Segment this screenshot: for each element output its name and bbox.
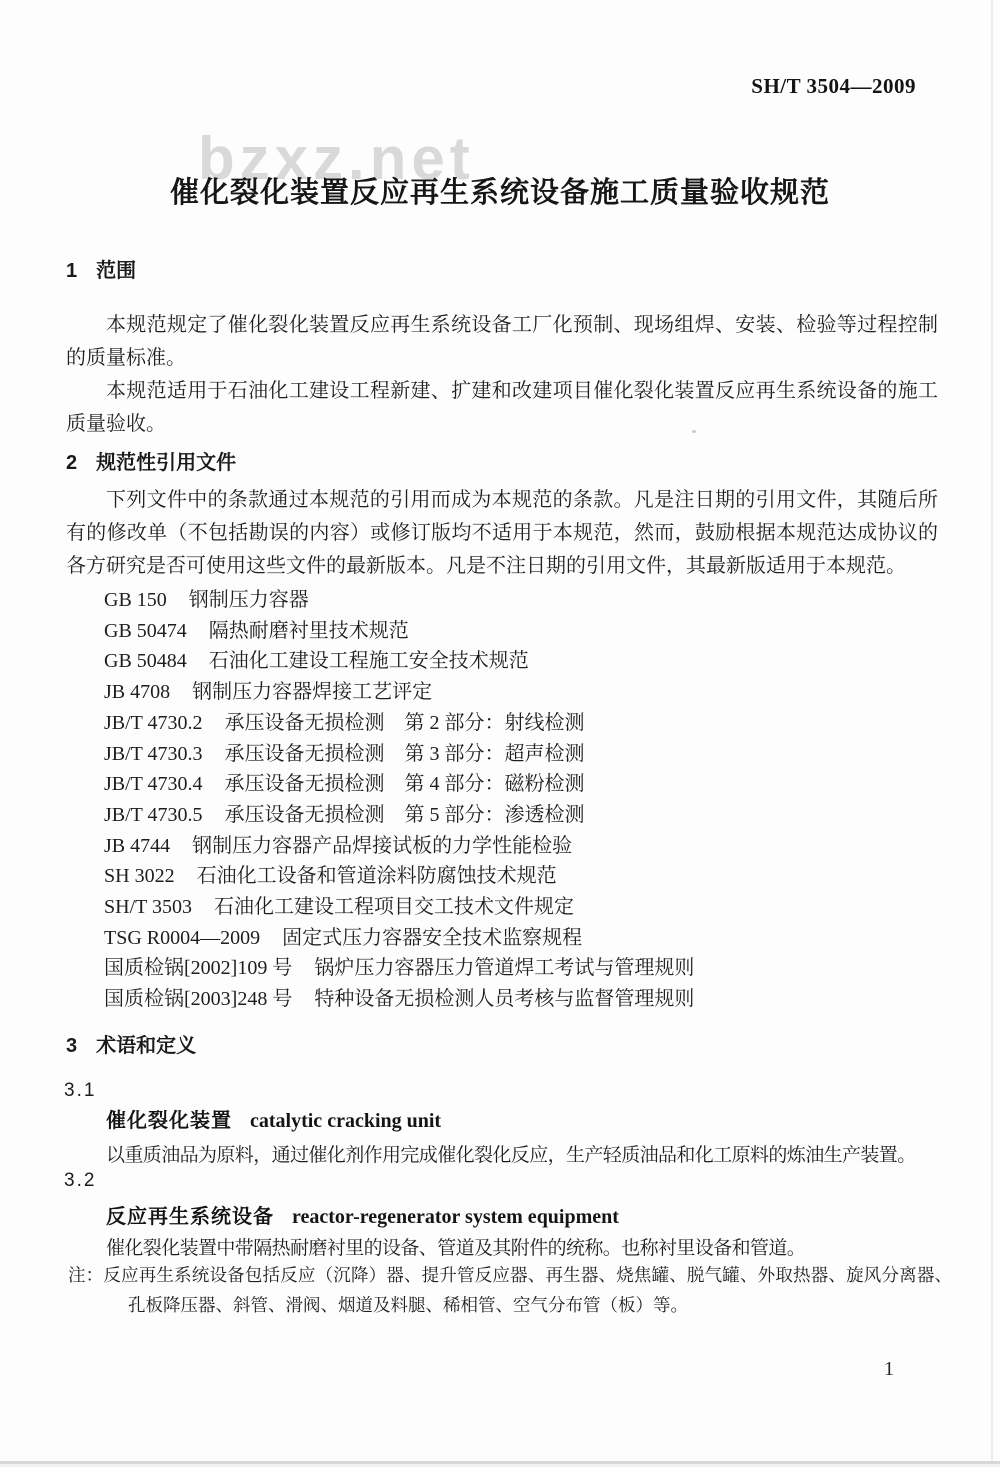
reference-item: JB 4708钢制压力容器焊接工艺评定 — [104, 677, 694, 708]
reference-item: GB 50484石油化工建设工程施工安全技术规范 — [104, 646, 694, 677]
reference-code: JB/T 4730.2 — [104, 712, 203, 734]
reference-code: JB/T 4730.5 — [104, 804, 203, 826]
reference-code: GB 150 — [104, 589, 167, 611]
section-3-number: 3 — [66, 1034, 77, 1058]
term-3-1-english: catalytic cracking unit — [250, 1110, 441, 1132]
reference-item: JB 4744钢制压力容器产品焊接试板的力学性能检验 — [104, 831, 694, 862]
reference-title: 承压设备无损检测 第 4 部分：磁粉检测 — [225, 773, 585, 795]
reference-code: JB 4708 — [104, 681, 170, 703]
reference-title: 承压设备无损检测 第 3 部分：超声检测 — [225, 743, 585, 765]
section-1-heading: 1范围 — [66, 259, 136, 283]
term-3-2-english: reactor-regenerator system equipment — [292, 1206, 619, 1228]
reference-item: 国质检锅[2002]109 号锅炉压力容器压力管道焊工考试与管理规则 — [104, 953, 694, 984]
reference-code: JB/T 4730.3 — [104, 743, 203, 765]
reference-title: 固定式压力容器安全技术监察规程 — [282, 927, 582, 949]
section-1-number: 1 — [66, 259, 77, 283]
reference-code: JB/T 4730.4 — [104, 773, 203, 795]
document-page: SH/T 3504—2009 bzxz.net 催化裂化装置反应再生系统设备施工… — [0, 0, 1000, 1467]
reference-item: JB/T 4730.2承压设备无损检测 第 2 部分：射线检测 — [104, 708, 694, 739]
reference-title: 钢制压力容器焊接工艺评定 — [192, 681, 432, 703]
standard-number: SH/T 3504—2009 — [751, 74, 916, 99]
term-3-1-number: 3.1 — [64, 1080, 96, 1102]
note-text: 反应再生系统设备包括反应（沉降）器、提升管反应器、再生器、烧焦罐、脱气罐、外取热… — [103, 1265, 952, 1315]
term-3-2: 反应再生系统设备reactor-regenerator system equip… — [106, 1200, 619, 1229]
reference-item: TSG R0004—2009固定式压力容器安全技术监察规程 — [104, 923, 694, 954]
scan-speck — [692, 430, 696, 433]
term-3-2-number: 3.2 — [64, 1170, 96, 1192]
reference-title: 钢制压力容器 — [189, 589, 309, 611]
reference-list: GB 150钢制压力容器 GB 50474隔热耐磨衬里技术规范 GB 50484… — [104, 585, 694, 1015]
reference-code: 国质检锅[2003]248 号 — [104, 988, 292, 1010]
section-3-heading: 3术语和定义 — [66, 1034, 196, 1058]
reference-title: 石油化工建设工程施工安全技术规范 — [209, 650, 529, 672]
term-3-1: 催化裂化装置catalytic cracking unit — [106, 1104, 441, 1133]
reference-title: 石油化工建设工程项目交工技术文件规定 — [214, 896, 574, 918]
document-title: 催化裂化装置反应再生系统设备施工质量验收规范 — [0, 170, 1000, 211]
section-1-title: 范围 — [96, 260, 136, 282]
reference-item: JB/T 4730.4承压设备无损检测 第 4 部分：磁粉检测 — [104, 769, 694, 800]
reference-title: 承压设备无损检测 第 2 部分：射线检测 — [225, 712, 585, 734]
reference-title: 特种设备无损检测人员考核与监督管理规则 — [314, 988, 694, 1010]
section-2-intro-paragraph: 下列文件中的条款通过本规范的引用而成为本规范的条款。凡是注日期的引用文件，其随后… — [66, 484, 938, 583]
reference-code: GB 50484 — [104, 650, 187, 672]
reference-title: 承压设备无损检测 第 5 部分：渗透检测 — [225, 804, 585, 826]
reference-item: JB/T 4730.3承压设备无损检测 第 3 部分：超声检测 — [104, 739, 694, 770]
term-3-1-chinese: 催化裂化装置 — [106, 1110, 232, 1132]
reference-code: GB 50474 — [104, 620, 187, 642]
reference-item: JB/T 4730.5承压设备无损检测 第 5 部分：渗透检测 — [104, 800, 694, 831]
note-block: 注：反应再生系统设备包括反应（沉降）器、提升管反应器、再生器、烧焦罐、脱气罐、外… — [68, 1260, 952, 1320]
scan-edge-right — [991, 0, 993, 1467]
section-2-number: 2 — [66, 451, 77, 475]
reference-item: SH/T 3503石油化工建设工程项目交工技术文件规定 — [104, 892, 694, 923]
reference-title: 石油化工设备和管道涂料防腐蚀技术规范 — [197, 865, 557, 887]
section-2-title: 规范性引用文件 — [96, 452, 236, 474]
reference-item: SH 3022石油化工设备和管道涂料防腐蚀技术规范 — [104, 861, 694, 892]
section-1-paragraph-1: 本规范规定了催化裂化装置反应再生系统设备工厂化预制、现场组焊、安装、检验等过程控… — [66, 309, 938, 375]
reference-item: GB 50474隔热耐磨衬里技术规范 — [104, 616, 694, 647]
reference-item: GB 150钢制压力容器 — [104, 585, 694, 616]
reference-title: 钢制压力容器产品焊接试板的力学性能检验 — [192, 835, 572, 857]
section-3-title: 术语和定义 — [96, 1035, 196, 1057]
term-3-2-chinese: 反应再生系统设备 — [106, 1206, 274, 1228]
reference-title: 隔热耐磨衬里技术规范 — [209, 620, 409, 642]
reference-title: 锅炉压力容器压力管道焊工考试与管理规则 — [314, 957, 694, 979]
page-number: 1 — [884, 1358, 894, 1381]
reference-code: JB 4744 — [104, 835, 170, 857]
reference-item: 国质检锅[2003]248 号特种设备无损检测人员考核与监督管理规则 — [104, 984, 694, 1015]
reference-code: SH/T 3503 — [104, 896, 192, 918]
reference-code: 国质检锅[2002]109 号 — [104, 957, 292, 979]
term-3-1-definition: 以重质油品为原料，通过催化剂作用完成催化裂化反应，生产轻质油品和化工原料的炼油生… — [106, 1140, 916, 1167]
reference-code: SH 3022 — [104, 865, 175, 887]
note-label: 注： — [68, 1265, 103, 1285]
reference-code: TSG R0004—2009 — [104, 927, 260, 949]
term-3-2-definition: 催化裂化装置中带隔热耐磨衬里的设备、管道及其附件的统称。也称衬里设备和管道。 — [106, 1233, 805, 1260]
section-2-heading: 2规范性引用文件 — [66, 451, 236, 475]
section-1-paragraph-2: 本规范适用于石油化工建设工程新建、扩建和改建项目催化裂化装置反应再生系统设备的施… — [66, 375, 938, 441]
